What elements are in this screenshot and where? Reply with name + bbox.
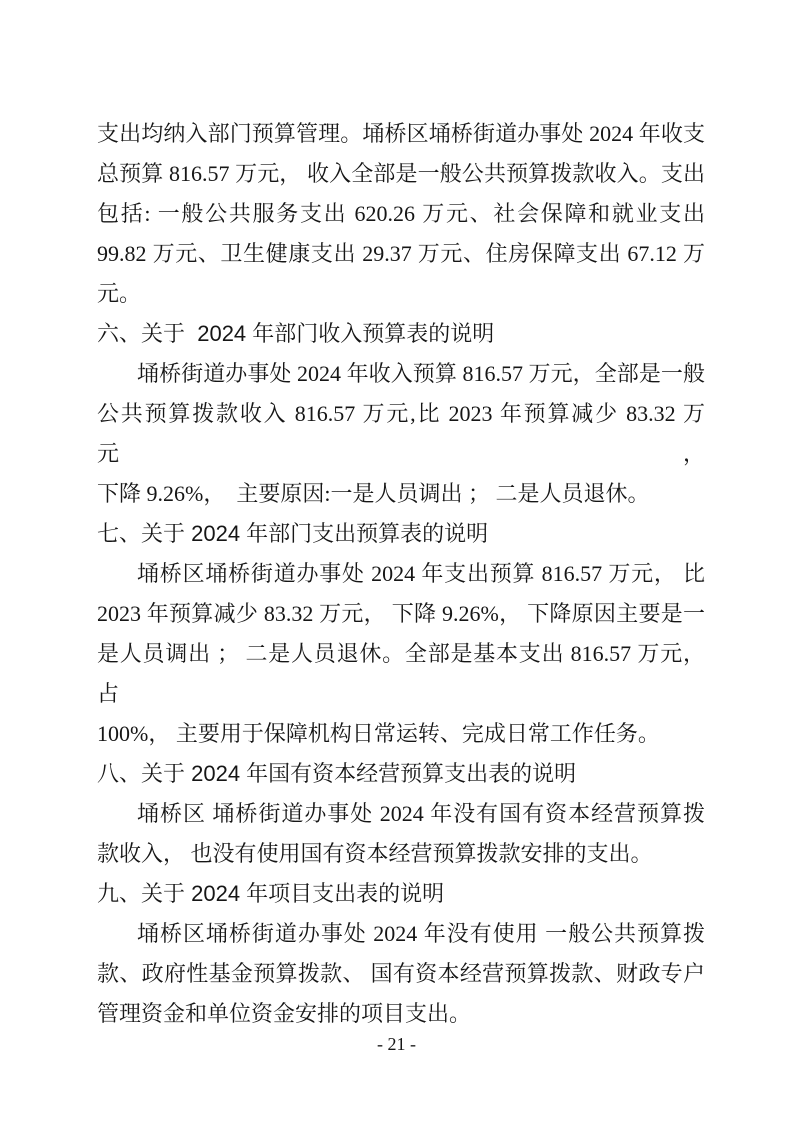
paragraph-line: 支出均纳入部门预算管理。埇桥区埇桥街道办事处 2024 年收支 xyxy=(97,114,705,154)
paragraph-line: 埇桥区 埇桥街道办事处 2024 年没有国有资本经营预算拨 xyxy=(97,794,705,834)
paragraph-line: 总预算 816.57 万元， 收入全部是一般公共预算拨款收入。支出 xyxy=(97,154,705,194)
paragraph-line: 下降 9.26%， 主要原因:一是人员调出 ； 二是人员退休。 xyxy=(97,474,705,514)
paragraph-line: 管理资金和单位资金安排的项目支出。 xyxy=(97,994,705,1034)
document-body: 支出均纳入部门预算管理。埇桥区埇桥街道办事处 2024 年收支总预算 816.5… xyxy=(97,0,705,1034)
paragraph-line: 埇桥街道办事处 2024 年收入预算 816.57 万元，全部是一般 xyxy=(97,354,705,394)
paragraph-line: 款、政府性基金预算拨款、 国有资本经营预算拨款、财政专户 xyxy=(97,954,705,994)
section-heading: 九、关于 2024 年项目支出表的说明 xyxy=(97,874,705,914)
paragraph-line: 埇桥区埇桥街道办事处 2024 年支出预算 816.57 万元， 比 xyxy=(97,554,705,594)
section-heading: 七、关于 2024 年部门支出预算表的说明 xyxy=(97,514,705,554)
paragraph-line: 款收入， 也没有使用国有资本经营预算拨款安排的支出。 xyxy=(97,834,705,874)
paragraph-line: 100%， 主要用于保障机构日常运转、完成日常工作任务。 xyxy=(97,714,705,754)
page: { "document": { "colors": { "text": "#16… xyxy=(0,0,793,1122)
section-heading: 八、关于 2024 年国有资本经营预算支出表的说明 xyxy=(97,754,705,794)
section-heading: 六、关于 2024 年部门收入预算表的说明 xyxy=(97,314,705,354)
paragraph-line: 99.82 万元、卫生健康支出 29.37 万元、住房保障支出 67.12 万 xyxy=(97,234,705,274)
paragraph-line: 是人员调出 ； 二是人员退休。全部是基本支出 816.57 万元， 占 xyxy=(97,634,705,714)
paragraph-line: 公共预算拨款收入 816.57 万元,比 2023 年预算减少 83.32 万元… xyxy=(97,394,705,474)
paragraph-line: 元。 xyxy=(97,274,705,314)
paragraph-line: 埇桥区埇桥街道办事处 2024 年没有使用 一般公共预算拨 xyxy=(97,914,705,954)
paragraph-line: 2023 年预算减少 83.32 万元， 下降 9.26%， 下降原因主要是一 xyxy=(97,594,705,634)
paragraph-line: 包括: 一般公共服务支出 620.26 万元、社会保障和就业支出 xyxy=(97,194,705,234)
page-number: - 21 - xyxy=(0,1030,793,1058)
